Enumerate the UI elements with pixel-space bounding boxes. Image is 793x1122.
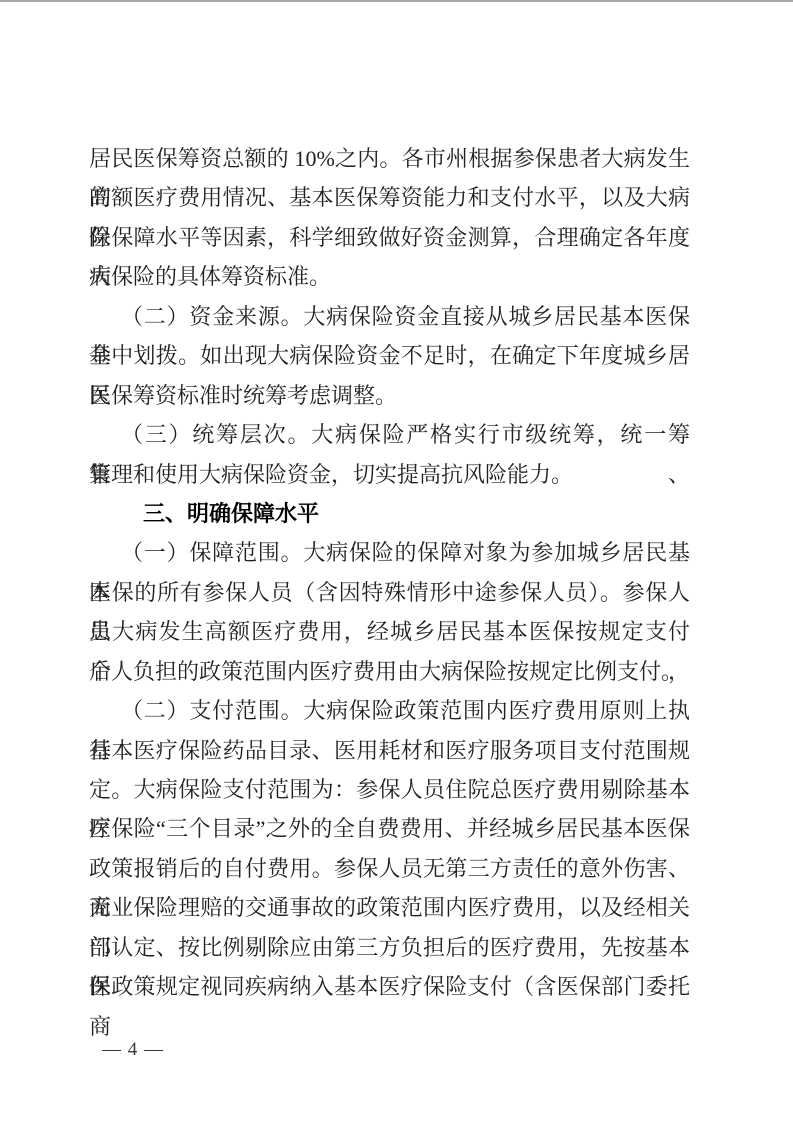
text-line: 医保筹资标准时统筹考虑调整。 (89, 376, 690, 415)
text-line: 商业保险理赔的交通事故的政策范围内医疗费用，以及经相关部 (89, 888, 690, 927)
text-line: （二）支付范围。大病保险政策范围内医疗费用原则上执行 (89, 691, 690, 730)
text-line: 险保障水平等因素，科学细致做好资金测算，合理确定各年度大 (89, 218, 690, 257)
text-line: （二）资金来源。大病保险资金直接从城乡居民基本医保基 (89, 297, 690, 336)
text-line: 疗保险“三个目录”之外的全自费费用、并经城乡居民基本医保 (89, 809, 690, 848)
text-line: 病保险的具体筹资标准。 (89, 257, 690, 296)
text-line: 基本医疗保险药品目录、医用耗材和医疗服务项目支付范围规 (89, 731, 690, 770)
text-line: 患大病发生高额医疗费用，经城乡居民基本医保按规定支付后， (89, 612, 690, 651)
text-line: 定。大病保险支付范围为：参保人员住院总医疗费用剔除基本医 (89, 770, 690, 809)
page-top-edge-line (0, 0, 793, 2)
text-line: （三）统筹层次。大病保险严格实行市级统筹，统一筹集、 (89, 415, 690, 454)
text-lines: 居民医保筹资总额的 10%之内。各市州根据参保患者大病发生的高额医疗费用情况、基… (89, 139, 690, 1007)
text-line: 保政策规定视同疾病纳入基本医疗保险支付（含医保部门委托商 (89, 967, 690, 1006)
page-number: — 4 — (102, 1036, 164, 1064)
section-heading: 三、明确保障水平 (89, 494, 690, 533)
text-line: 医保的所有参保人员（含因特殊情形中途参保人员）。参保人员 (89, 573, 690, 612)
text-line: 政策报销后的自付费用。参保人员无第三方责任的意外伤害、无 (89, 849, 690, 888)
text-line: 高额医疗费用情况、基本医保筹资能力和支付水平，以及大病保 (89, 178, 690, 217)
text-line: （一）保障范围。大病保险的保障对象为参加城乡居民基本 (89, 533, 690, 572)
text-line: 门认定、按比例剔除应由第三方负担后的医疗费用，先按基本医 (89, 928, 690, 967)
text-line: 居民医保筹资总额的 10%之内。各市州根据参保患者大病发生的 (89, 139, 690, 178)
document-page: 居民医保筹资总额的 10%之内。各市州根据参保患者大病发生的高额医疗费用情况、基… (0, 0, 793, 1122)
text-line: 个人负担的政策范围内医疗费用由大病保险按规定比例支付。 (89, 652, 690, 691)
text-line: 金中划拨。如出现大病保险资金不足时，在确定下年度城乡居民 (89, 336, 690, 375)
